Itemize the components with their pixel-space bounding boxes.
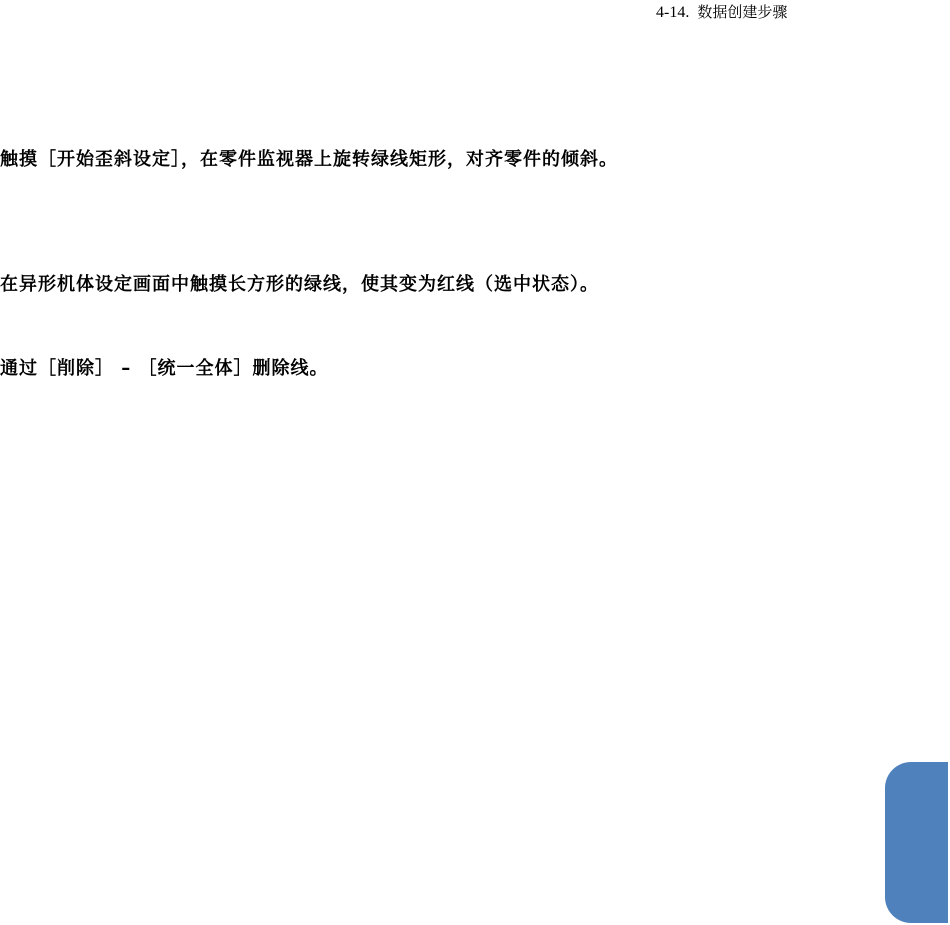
page-header: 4-14.数据创建步骤 (656, 1, 787, 23)
step-instruction-3: 通过［削除］ – ［统一全体］删除线。 (0, 357, 329, 381)
section-title: 数据创建步骤 (697, 3, 787, 21)
step-instruction-1: 触摸［开始歪斜设定］，在零件监视器上旋转绿线矩形，对齐零件的倾斜。 (0, 148, 618, 172)
section-number: 4-14. (656, 4, 689, 21)
step-instruction-2: 在异形机体设定画面中触摸长方形的绿线，使其变为红线（选中状态）。 (0, 273, 599, 297)
chapter-side-tab (885, 762, 948, 923)
